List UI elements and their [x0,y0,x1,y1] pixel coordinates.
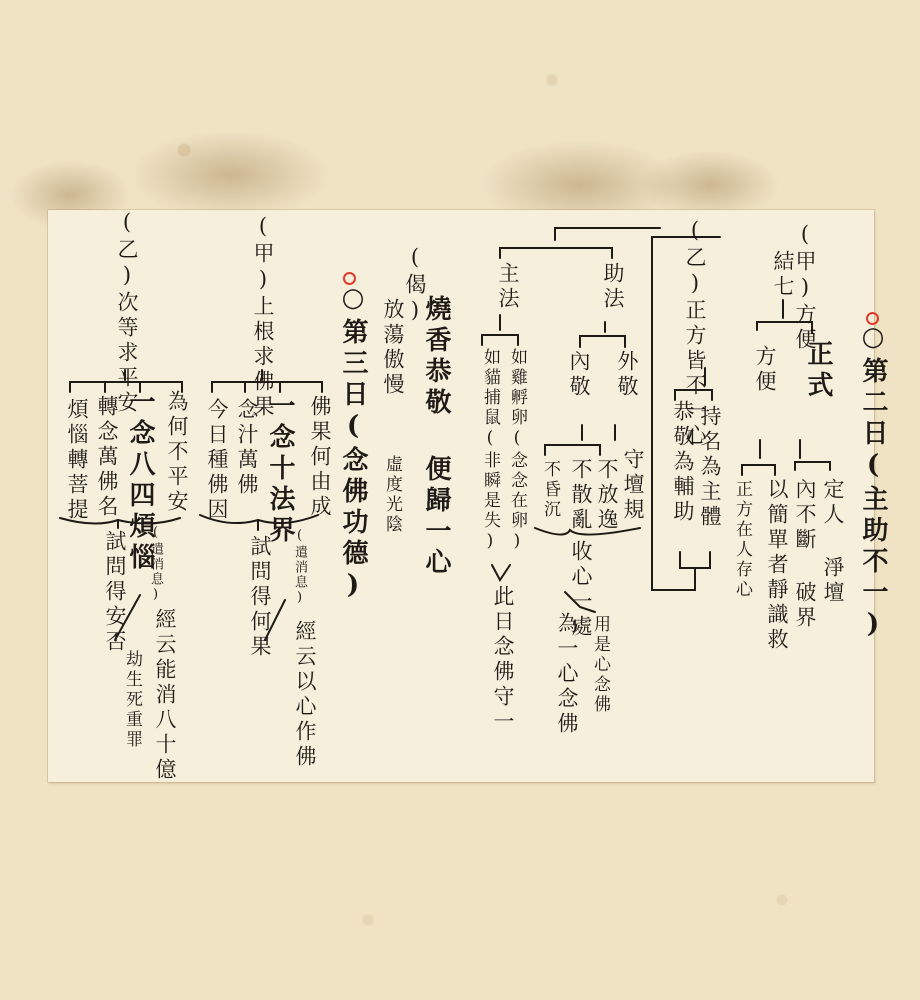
day2-section-a-sublabel: 結七 [768,250,798,300]
day2-neijing-item: 不散亂 [566,458,596,533]
day2-zhufa-outcome: 用是心念佛 [588,615,613,715]
day3-section-a-question: 試問得何果 [245,535,275,660]
day3-section-a-note: (遣消息) [290,528,309,607]
day2-neijing-item: 不昏沉 [538,460,563,520]
day3-heading: ○第三日(念佛功德) [335,283,372,605]
day2-main-method-item: 如雞孵卵(念念在卵) [505,348,530,554]
day2-zheng-item: 定人 淨壇 [818,478,848,606]
day3-section-b-quote: 經云能消八十億 [150,608,180,783]
day2-section-b-item: 持名為主體 [695,405,725,530]
day3-section-a-item: 今日種佛因 [202,398,232,523]
day2-main-method-item: 如貓捕鼠(非瞬是失) [478,348,503,554]
day2-waijing-item: 守壇規 [618,448,648,523]
verse-line: 虛度光陰 [380,455,405,535]
day2-fangbian-item: 以簡單者靜識救 [762,478,792,653]
day2-main-method-title: 主法 [493,262,523,312]
day2-zhufa-title: 助法 [598,262,628,312]
day3-section-b-note: (遣消息) [146,525,165,604]
day3-section-b-title: (乙)次等求平安 [112,210,142,416]
day3-section-b-item: 為何不平安 [162,390,192,515]
day3-section-a-item: 佛果何由成 [305,395,335,520]
day2-neijing-label: 內敬 [564,350,594,400]
day2-waijing-label: 外敬 [612,350,642,400]
paper-stain [130,130,330,220]
verse-line: 便歸一心 [418,455,455,579]
day2-heading: ○第二日(主助不一) [855,322,892,644]
day3-section-b-question: 試問得安否 [100,530,130,655]
day2-branch-fangbian-label: 方便 [750,345,780,395]
verse-line: 燒香恭敬 [418,295,455,419]
day2-main-method-conclusion: 此日念佛守一 [488,585,518,735]
day3-section-b-item: 轉念萬佛名 [92,395,122,520]
day3-section-a-title: (甲)上根求佛果 [248,214,278,420]
day2-zheng-item: 內不斷 破界 [790,478,820,631]
day3-section-b-item: 煩惱轉菩提 [62,398,92,523]
day3-section-a-item: 一念十法界 [262,392,299,547]
day3-section-a-quote: 經云以心作佛 [290,620,320,770]
day3-section-a-item: 念汁萬佛 [232,398,262,498]
day2-branch-zheng-label: 正式 [800,340,837,402]
day2-fangbian-item: 正方在人存心 [730,480,755,600]
verse-line: 放蕩傲慢 [378,298,408,398]
day2-neijing-item: 不放逸 [592,458,622,533]
day2-section-b-item: 恭敬為輔助 [668,400,698,525]
day3-section-b-quote: 劫生死重罪 [120,650,145,750]
day2-zhufa-outcome: 為一心念佛 [552,612,582,737]
